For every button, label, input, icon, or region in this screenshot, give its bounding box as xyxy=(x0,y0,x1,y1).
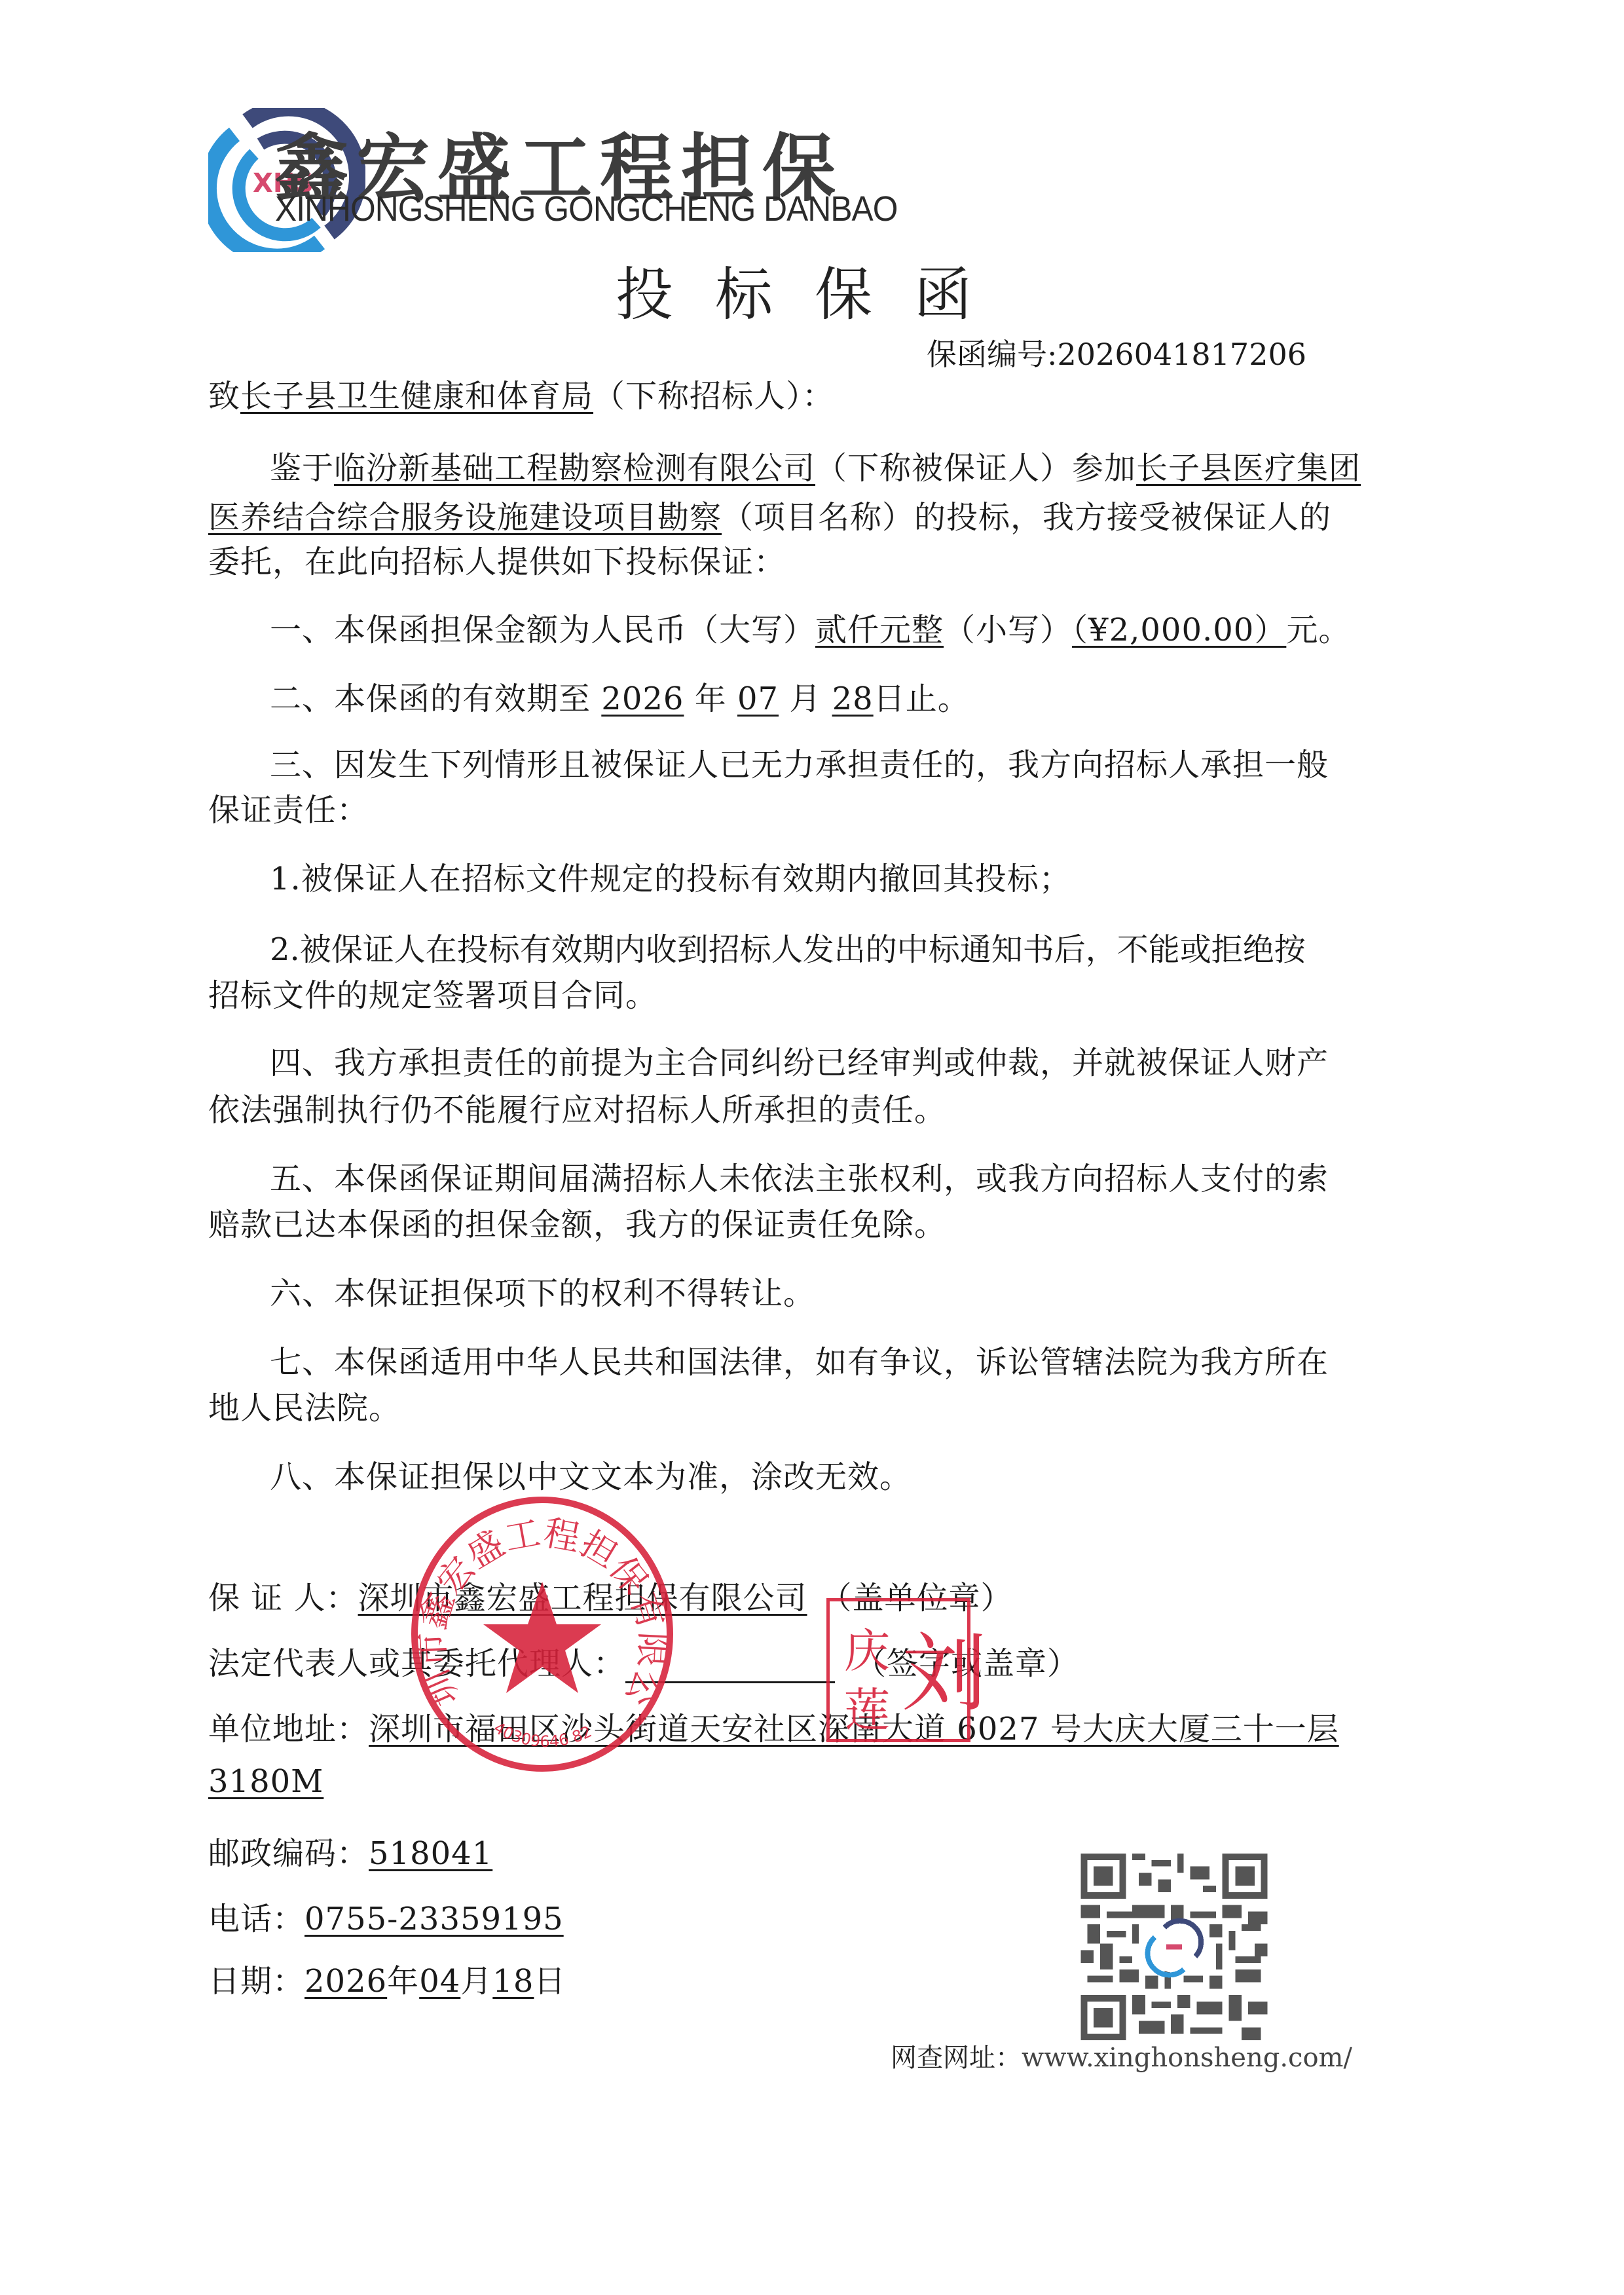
addressee-prefix: 致 xyxy=(208,378,240,415)
postcode-row: 邮政编码：518041 xyxy=(208,1834,492,1873)
seal-icon: 深圳市鑫宏盛工程担保有限公司 40309646 82 xyxy=(405,1497,680,1772)
clause-3-item-1: 1.被保证人在招标文件规定的投标有效期内撤回其投标； xyxy=(270,859,1071,899)
clause-text: 二、本保函的有效期至 xyxy=(270,681,591,717)
guarantor-label: 保 证 人： xyxy=(208,1580,358,1616)
clause-3-line-1: 三、因发生下列情形且被保证人已无力承担责任的，我方向招标人承担一般 xyxy=(270,745,1329,785)
phone-value: 0755-23359195 xyxy=(304,1901,564,1937)
clause-5-line-1: 五、本保函保证期间届满招标人未依法主张权利，或我方向招标人支付的索 xyxy=(270,1159,1329,1199)
guarantee-number: 保函编号:2026041817206 xyxy=(927,331,1306,374)
addressee-suffix: （下称招标人）： xyxy=(593,378,834,415)
clause-text: 月 xyxy=(789,681,821,717)
postcode-label: 邮政编码： xyxy=(208,1835,369,1872)
project-name-part2: 医养结合综合服务设施建设项目勘察 xyxy=(208,499,722,536)
postcode-value: 518041 xyxy=(369,1835,492,1872)
clause-text: 年 xyxy=(695,681,727,717)
clause-text: 一、本保函担保金额为人民币（大写） xyxy=(270,612,815,648)
clause-7-line-1: 七、本保函适用中华人民共和国法律，如有争议，诉讼管辖法院为我方所在 xyxy=(270,1343,1329,1382)
clause-7-line-2: 地人民法院。 xyxy=(208,1389,401,1428)
clause-text: 日止。 xyxy=(874,681,970,717)
verification-url[interactable]: www.xinghonsheng.com/ xyxy=(1022,2043,1352,2073)
date-row: 日期：2026年04月18日 xyxy=(208,1962,566,2001)
verification-label: 网查网址： xyxy=(891,2043,1022,2073)
clause-text: （小写） xyxy=(944,612,1072,648)
project-name-part1: 长子县医疗集团 xyxy=(1136,450,1361,487)
clause-3-item-2-line-2: 招标文件的规定签署项目合同。 xyxy=(208,976,657,1015)
guarantee-number-value: 2026041817206 xyxy=(1058,337,1306,372)
document-title: 投标保函 xyxy=(616,249,1014,331)
amount-upper: 贰仟元整 xyxy=(815,612,944,648)
date-y-label: 年 xyxy=(387,1963,419,2000)
date-day: 18 xyxy=(492,1963,534,2000)
expiry-month: 07 xyxy=(737,681,779,717)
brand-name-en: XINHONGSHENG GONGCHENG DANBAO xyxy=(275,189,897,229)
stamp-char: 莲 xyxy=(844,1673,890,1740)
stamp-char: 庆 xyxy=(844,1614,890,1681)
clause-3-line-2: 保证责任： xyxy=(208,791,369,830)
intro-line-3: 委托，在此向招标人提供如下投标保证： xyxy=(208,542,786,582)
clause-6: 六、本保证担保项下的权利不得转让。 xyxy=(270,1274,815,1313)
clause-1: 一、本保函担保金额为人民币（大写）贰仟元整（小写）（¥2,000.00）元。 xyxy=(270,610,1350,650)
intro-text: （下称被保证人）参加 xyxy=(815,450,1136,487)
clause-2: 二、本保函的有效期至 2026 年 07 月 28日止。 xyxy=(270,679,970,718)
date-d-label: 日 xyxy=(534,1963,566,2000)
addressee-name: 长子县卫生健康和体育局 xyxy=(240,378,593,415)
address-row: 单位地址：深圳市福田区沙头街道天安社区深南大道 6027 号大庆大厦三十一层 xyxy=(208,1709,1339,1749)
seal-star-icon xyxy=(483,1582,601,1693)
date-month: 04 xyxy=(419,1963,460,2000)
addressee-line: 致长子县卫生健康和体育局（下称招标人）： xyxy=(208,377,834,416)
company-seal: 深圳市鑫宏盛工程担保有限公司 40309646 82 xyxy=(405,1497,680,1772)
principal-name: 临汾新基础工程勘察检测有限公司 xyxy=(334,450,815,487)
clause-4-line-2: 依法强制执行仍不能履行应对招标人所承担的责任。 xyxy=(208,1091,946,1130)
date-year: 2026 xyxy=(304,1963,387,2000)
date-label: 日期： xyxy=(208,1963,304,2000)
personal-stamp: 庆 莲 刘 xyxy=(826,1598,970,1742)
stamp-char: 刘 xyxy=(902,1628,987,1719)
intro-text: 鉴于 xyxy=(270,450,334,487)
phone-label: 电话： xyxy=(208,1901,304,1937)
intro-text: （项目名称）的投标，我方接受被保证人的 xyxy=(722,499,1331,536)
clause-8: 八、本保证担保以中文文本为准，涂改无效。 xyxy=(270,1457,912,1497)
clause-5-line-2: 赔款已达本保函的担保金额，我方的保证责任免除。 xyxy=(208,1205,946,1244)
phone-row: 电话：0755-23359195 xyxy=(208,1899,564,1939)
address-row-2: 3180M xyxy=(208,1762,323,1801)
verification-qr-code[interactable] xyxy=(1079,1854,1269,2040)
amount-lower: （¥2,000.00） xyxy=(1072,612,1286,648)
expiry-year: 2026 xyxy=(601,681,684,717)
address-line-2: 3180M xyxy=(208,1763,323,1800)
clause-text: 元。 xyxy=(1286,612,1350,648)
qr-code-icon xyxy=(1079,1854,1269,2040)
seal-code-text: 40309646 82 xyxy=(490,1719,595,1751)
intro-line-2: 医养结合综合服务设施建设项目勘察（项目名称）的投标，我方接受被保证人的 xyxy=(208,498,1331,537)
intro-line-1: 鉴于临汾新基础工程勘察检测有限公司（下称被保证人）参加长子县医疗集团 xyxy=(270,449,1361,488)
clause-3-item-2-line-1: 2.被保证人在投标有效期内收到招标人发出的中标通知书后，不能或拒绝按 xyxy=(270,930,1306,969)
guarantee-number-label: 保函编号: xyxy=(927,337,1058,372)
clause-4-line-1: 四、我方承担责任的前提为主合同纠纷已经审判或仲裁，并就被保证人财产 xyxy=(270,1043,1329,1083)
date-m-label: 月 xyxy=(460,1963,492,2000)
verification-url-row: 网查网址：www.xinghonsheng.com/ xyxy=(891,2037,1352,2074)
expiry-day: 28 xyxy=(832,681,874,717)
address-label: 单位地址： xyxy=(208,1711,369,1747)
